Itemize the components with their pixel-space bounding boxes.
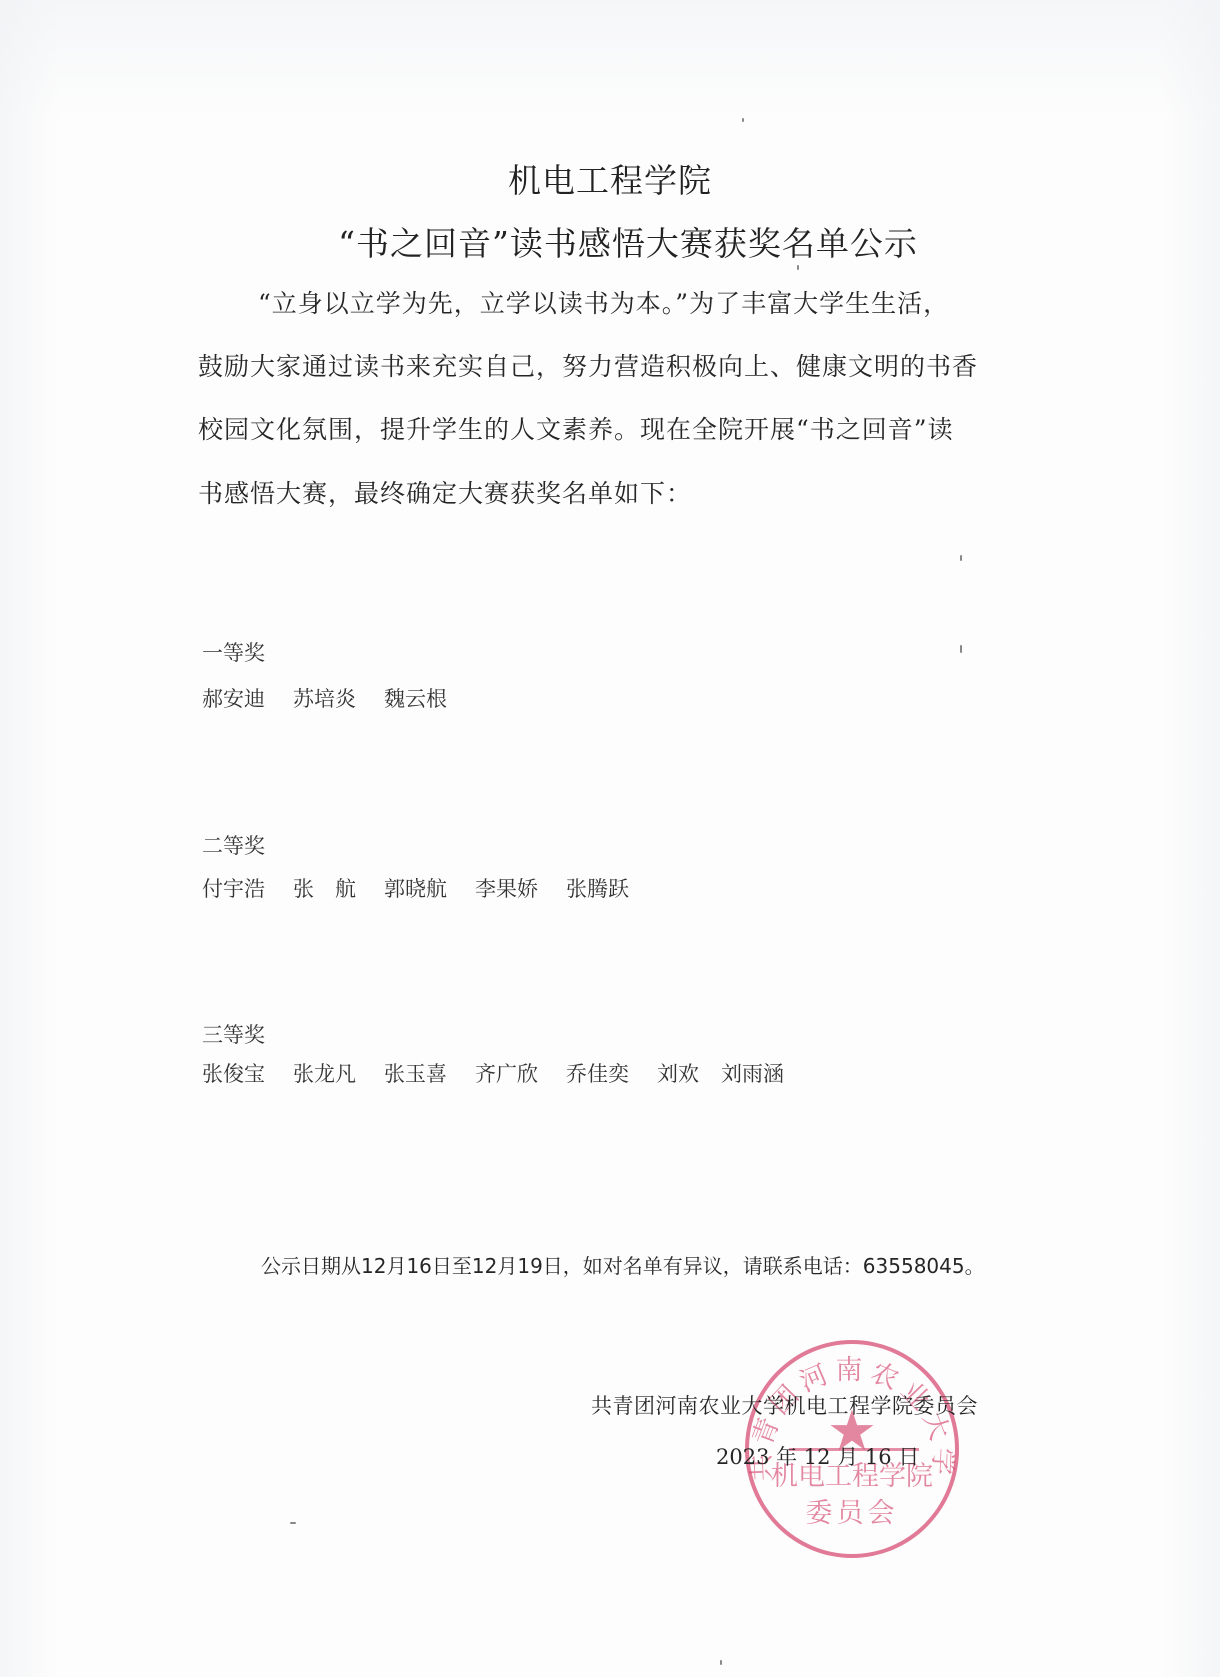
scan-speck [742, 118, 744, 122]
winner-name: 张玉喜 [384, 1058, 447, 1088]
second-prize-label: 二等奖 [202, 830, 265, 860]
winner-name: 付宇浩 [202, 873, 265, 903]
second-prize-winners: 付宇浩 张航 郭晓航 李果娇 张腾跃 [202, 873, 657, 903]
winner-name: 乔佳奕 [566, 1058, 629, 1088]
winner-name: 张腾跃 [566, 873, 629, 903]
winner-name: 郭晓航 [384, 873, 447, 903]
publicity-notice: 公示日期从12月16日至12月19日，如对名单有异议，请联系电话：6355804… [261, 1250, 985, 1279]
first-prize-winners: 郝安迪 苏培炎 魏云根 [202, 683, 475, 713]
winner-name: 魏云根 [384, 683, 447, 713]
scan-speck [960, 645, 962, 653]
winner-name: 张龙凡 [293, 1058, 356, 1088]
winner-name: 刘雨涵 [721, 1058, 784, 1088]
document-title-college: 机电工程学院 [0, 155, 1220, 202]
scan-speck [290, 1522, 296, 1524]
winner-name: 李果娇 [475, 873, 538, 903]
signature-organization: 共青团河南农业大学机电工程学院委员会 [591, 1390, 978, 1420]
scan-speck [720, 1660, 722, 1665]
winner-name: 郝安迪 [202, 683, 265, 713]
first-prize-label: 一等奖 [202, 637, 265, 667]
intro-paragraph-line-4: 书感悟大赛，最终确定大赛获奖名单如下： [198, 474, 692, 510]
document-title-announcement: “书之回音”读书感悟大赛获奖名单公示 [0, 218, 1220, 265]
third-prize-label: 三等奖 [202, 1019, 265, 1049]
scan-speck [797, 265, 799, 270]
scan-speck [960, 555, 962, 561]
winner-name: 张俊宝 [202, 1058, 265, 1088]
winner-name: 苏培炎 [293, 683, 356, 713]
winner-name: 齐广欣 [475, 1058, 538, 1088]
winner-name: 张航 [293, 873, 377, 903]
signature-date: 2023 年 12 月 16 日 [716, 1441, 919, 1471]
winner-name: 刘欢 [657, 1058, 699, 1088]
intro-paragraph-line-1: “立身以立学为先，立学以读书为本。”为了丰富大学生生活， [258, 284, 949, 320]
seal-text-committee: 委员会 [749, 1491, 955, 1530]
intro-paragraph-line-2: 鼓励大家通过读书来充实自己，努力营造积极向上、健康文明的书香 [198, 347, 978, 383]
document-page: 机电工程学院 “书之回音”读书感悟大赛获奖名单公示 “立身以立学为先，立学以读书… [0, 0, 1220, 1677]
third-prize-winners: 张俊宝 张龙凡 张玉喜 齐广欣 乔佳奕 刘欢 刘雨涵 [202, 1058, 812, 1088]
intro-paragraph-line-3: 校园文化氛围，提升学生的人文素养。现在全院开展“书之回音”读 [198, 410, 954, 446]
